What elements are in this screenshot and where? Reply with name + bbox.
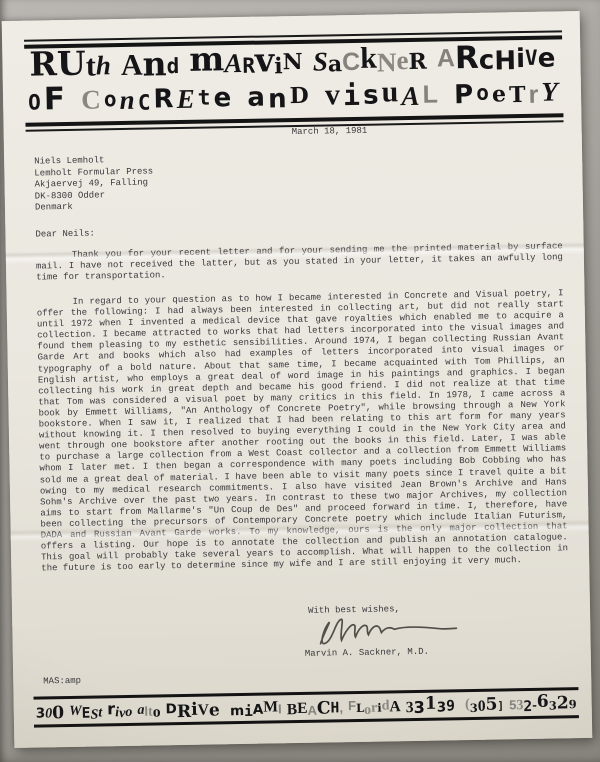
footer-address-text: 300WEStrivoaltoDRiVemiAMIBEACH,FLoridA33… <box>34 693 579 728</box>
footer-address-bar: 300WEStrivoaltoDRiVemiAMIBEACH,FLoridA33… <box>33 687 578 728</box>
recipient-country: Denmark <box>35 200 154 214</box>
letter-paper: RUthAndmARviNSaCkNeRARcHiVe OFConCREtean… <box>2 11 593 748</box>
paragraph-indent <box>36 257 72 258</box>
body-paragraph-2-text: In regard to your question as to how I b… <box>37 288 568 573</box>
typed-signature-name: Marvin A. Sackner, M.D. <box>305 647 429 660</box>
recipient-address-block: Niels Lemholt Lemholt Formular Press Akj… <box>34 154 154 214</box>
body-paragraph-2: In regard to your question as to how I b… <box>37 288 569 574</box>
photo-backdrop: RUthAndmARviNSaCkNeRARcHiVe OFConCREtean… <box>0 0 600 762</box>
reference-initials: MAS:amp <box>43 676 81 688</box>
salutation: Dear Neils: <box>35 229 95 241</box>
body-paragraph-1: Thank you for your recent letter and for… <box>36 241 564 283</box>
letter-date: March 18, 1981 <box>292 126 368 138</box>
body-paragraph-1-text: Thank you for your recent letter and for… <box>36 241 563 282</box>
paragraph-indent <box>37 304 73 305</box>
recipient-street: Akjaervej 49, Falling <box>34 177 153 191</box>
